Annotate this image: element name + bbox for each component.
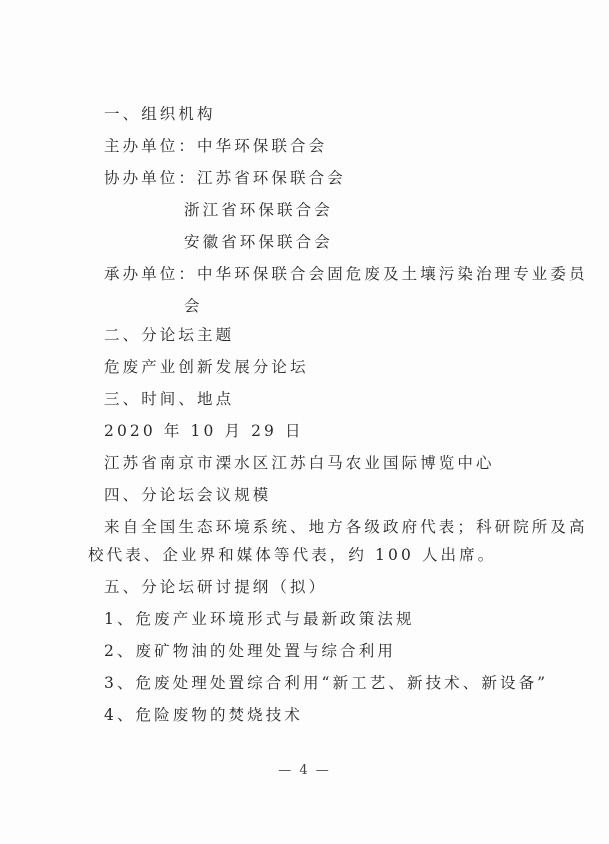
document-page: 一、组织机构 主办单位：中华环保联合会 协办单位：江苏省环保联合会 浙江省环保联…	[0, 0, 609, 844]
event-location: 江苏省南京市溧水区江苏白马农业国际博览中心	[104, 453, 495, 473]
outline-item-2: 2、废矿物油的处理处置与综合利用	[104, 641, 396, 661]
co-host-unit-zhejiang: 浙江省环保联合会	[184, 200, 333, 220]
event-date: 2020 年 10 月 29 日	[104, 421, 304, 441]
outline-item-3: 3、危废处理处置综合利用“新工艺、新技术、新设备”	[104, 673, 548, 693]
co-host-unit-anhui: 安徽省环保联合会	[184, 232, 333, 252]
section-heading-scale: 四、分论坛会议规模	[104, 485, 271, 505]
co-host-unit-line: 协办单位：江苏省环保联合会	[104, 168, 346, 188]
outline-item-1: 1、危废产业环境形式与最新政策法规	[104, 609, 415, 629]
page-number: — 4 —	[0, 763, 609, 778]
organizer-unit-continuation: 会	[184, 296, 203, 316]
section-heading-theme: 二、分论坛主题	[104, 325, 234, 345]
section-heading-time-place: 三、时间、地点	[104, 389, 234, 409]
theme-text: 危废产业创新发展分论坛	[104, 357, 309, 377]
scale-text-line-2: 校代表、企业界和媒体等代表，约 100 人出席。	[88, 545, 496, 565]
organizer-unit-line: 承办单位：中华环保联合会固危废及土壤污染治理专业委员	[104, 264, 588, 284]
scale-text-line-1: 来自全国生态环境系统、地方各级政府代表；科研院所及高	[104, 517, 588, 537]
outline-item-4: 4、危险废物的焚烧技术	[104, 705, 303, 725]
section-heading-outline: 五、分论坛研讨提纲（拟）	[104, 577, 327, 597]
section-heading-organization: 一、组织机构	[104, 104, 216, 124]
host-unit-line: 主办单位：中华环保联合会	[104, 136, 327, 156]
